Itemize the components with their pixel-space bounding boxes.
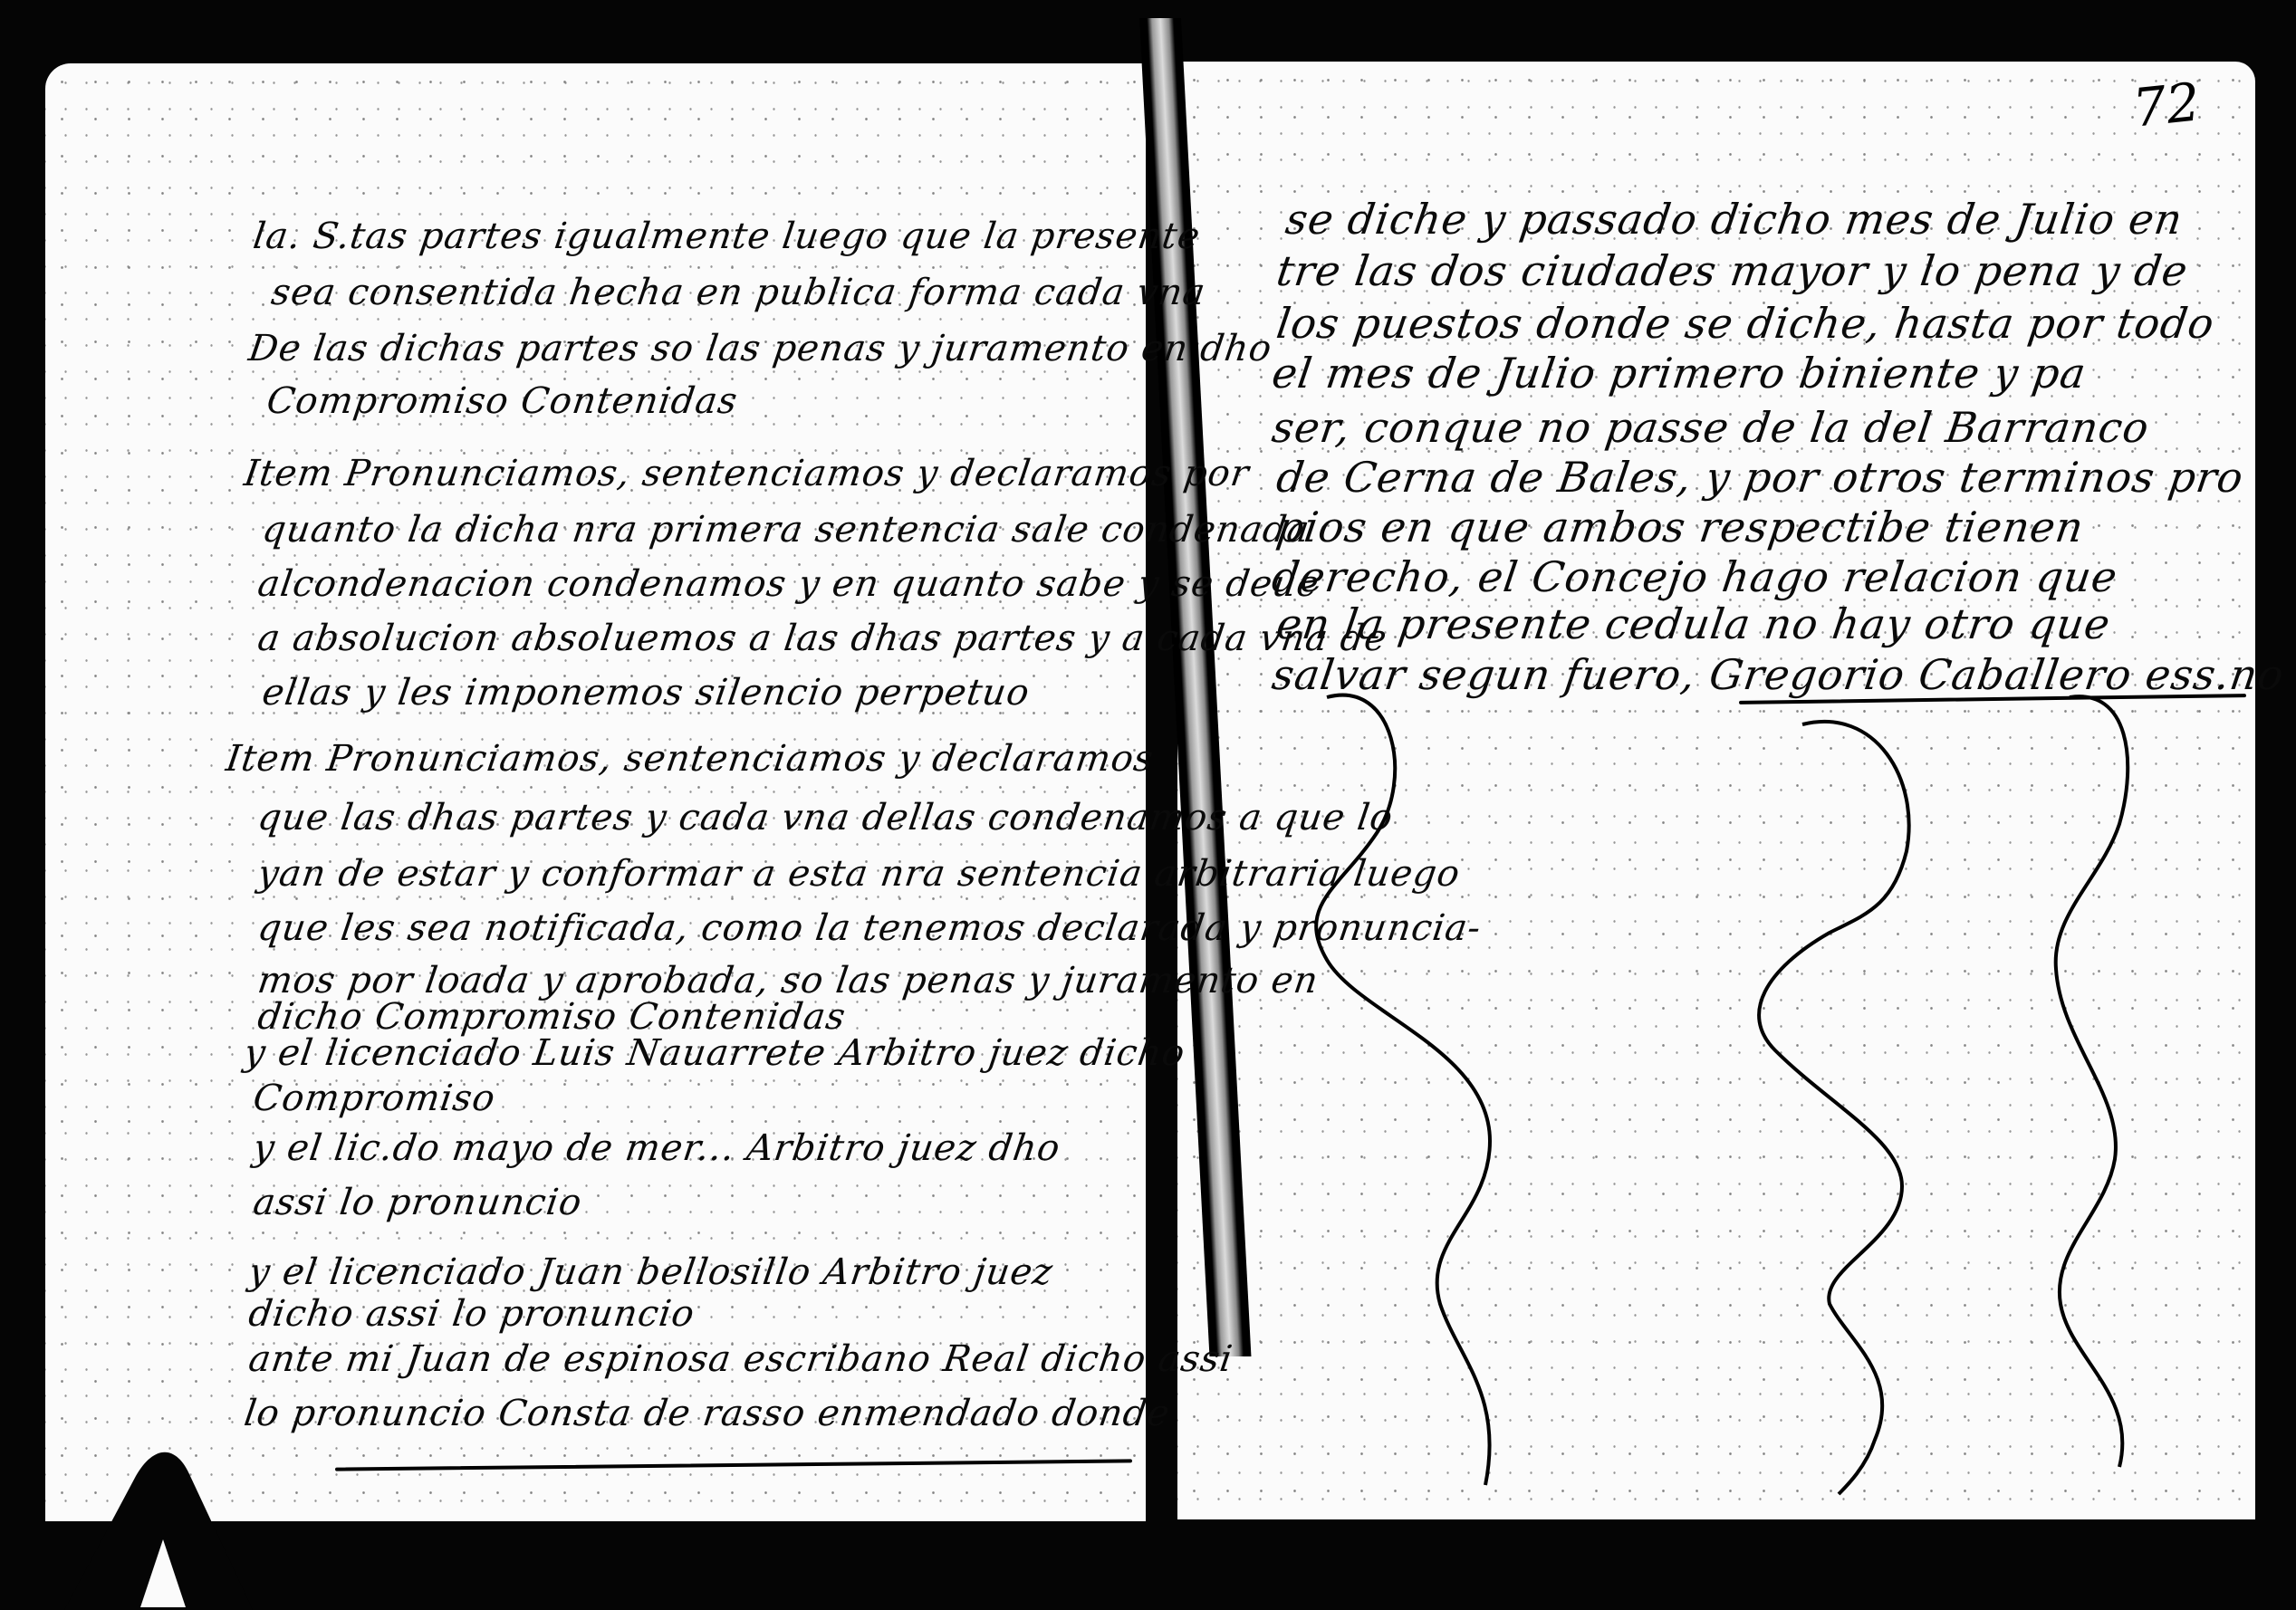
text-line: dicho assi lo pronuncio: [246, 1293, 697, 1335]
text-line: Item Pronunciamos, sentenciamos y declar…: [224, 738, 1157, 780]
text-line: Item Pronunciamos, sentenciamos y declar…: [242, 453, 1253, 494]
text-line: Compromiso Contenidas: [264, 380, 741, 422]
text-line: la. S.tas partes igualmente luego que la…: [251, 216, 1203, 257]
text-line: Compromiso: [251, 1078, 498, 1119]
text-line: tre las dos ciudades mayor y lo pena y d…: [1273, 246, 2191, 295]
text-line: assi lo pronuncio: [251, 1182, 585, 1223]
text-line: quanto la dicha nra primera sentencia sa…: [260, 509, 1312, 551]
text-line: derecho, el Concejo hago relacion que: [1269, 552, 2120, 601]
text-line: lo pronuncio Consta de rasso enmendado d…: [242, 1393, 1173, 1434]
page-number: 72: [2130, 71, 2204, 139]
text-line: y el licenciado Juan bellosillo Arbitro …: [246, 1251, 1056, 1293]
corner-artifact-mark: [63, 1440, 254, 1610]
text-line: los puestos donde se diche, hasta por to…: [1273, 299, 2217, 348]
text-line: sea consentida hecha en publica forma ca…: [269, 272, 1208, 313]
text-line: a absolucion absoluemos a las dhas parte…: [255, 618, 1390, 659]
text-line: y el lic.do mayo de mer... Arbitro juez …: [251, 1127, 1063, 1169]
text-line: ante mi Juan de espinosa escribano Real …: [246, 1338, 1235, 1380]
wavy-line-strokes: [1177, 670, 2296, 1610]
text-line: de Cerna de Bales, y por otros terminos …: [1273, 453, 2246, 502]
text-line: De las dichas partes so las penas y jura…: [246, 328, 1275, 369]
text-line: pios en que ambos respectibe tienen: [1273, 503, 2087, 551]
text-line: ellas y les imponemos silencio perpetuo: [260, 672, 1033, 714]
text-line: alcondenacion condenamos y en quanto sab…: [255, 563, 1322, 605]
text-line: en la presente cedula no hay otro que: [1273, 599, 2113, 648]
text-line: el mes de Julio primero biniente y pa: [1269, 349, 2089, 398]
text-line: y el licenciado Luis Nauarrete Arbitro j…: [242, 1032, 1188, 1074]
text-line: ser, conque no passe de la del Barranco: [1269, 403, 2152, 452]
text-line: se diche y passado dicho mes de Julio en: [1282, 195, 2186, 244]
